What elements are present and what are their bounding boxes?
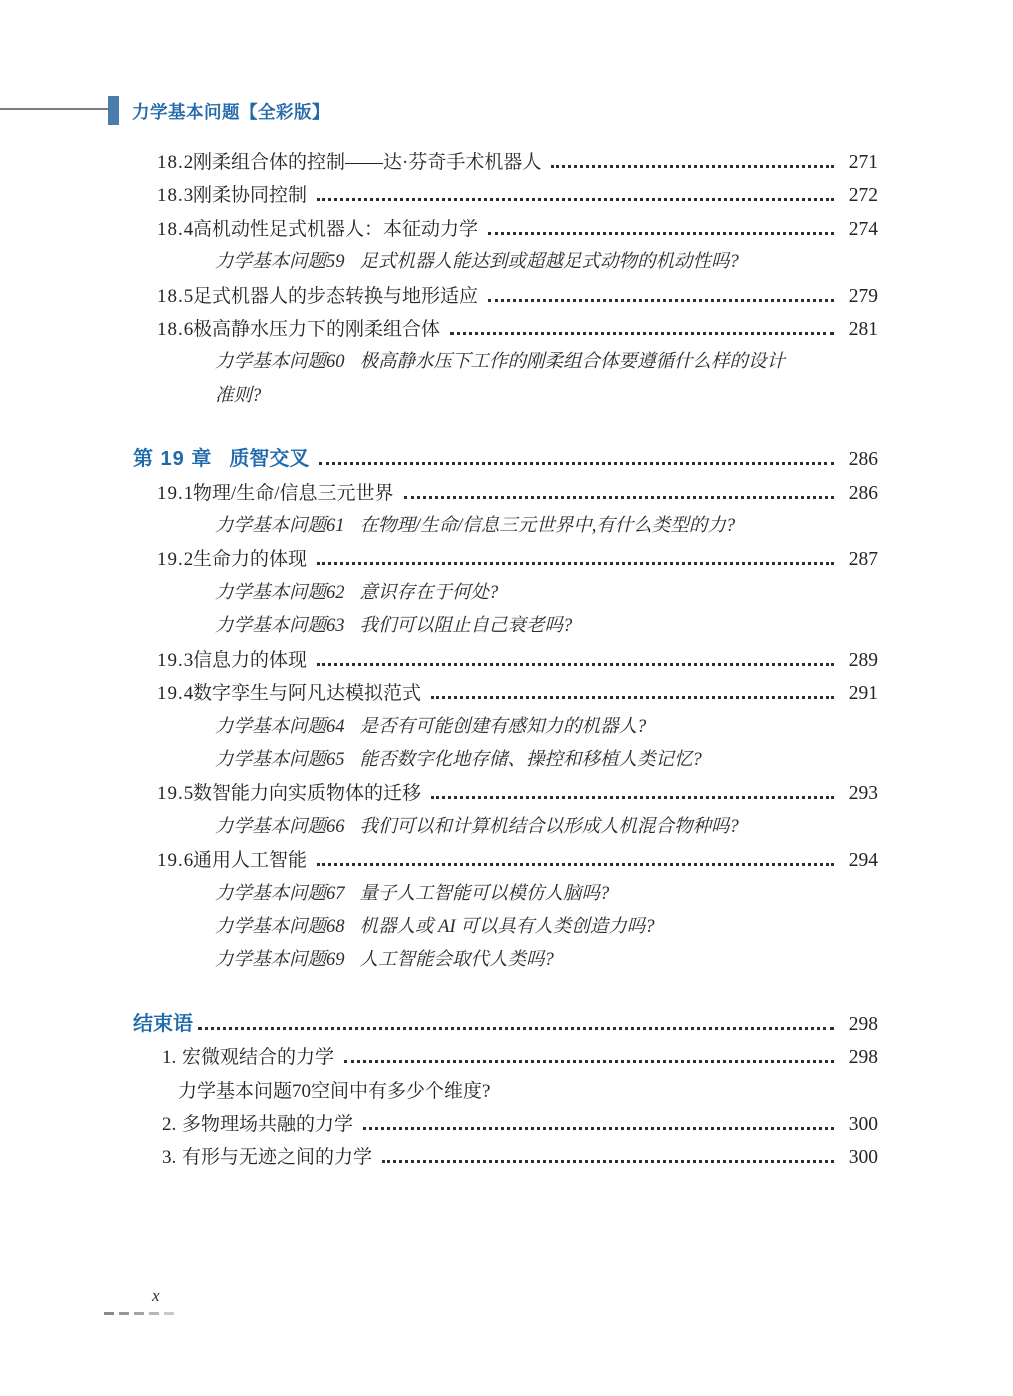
question-label: 力学基本问题63	[215, 610, 345, 643]
toc-row-section: 19.3信息力的体现289	[133, 644, 878, 677]
toc-entry-number: 19.4	[157, 677, 193, 710]
toc-row-numbered: 3.有形与无迹之间的力学300	[133, 1141, 878, 1174]
dot-leader	[551, 159, 834, 168]
toc-row-section: 19.6通用人工智能294	[133, 844, 878, 877]
question-text: 极高静水压下工作的刚柔组合体要遵循什么样的设计	[360, 346, 786, 379]
toc-entry-page: 279	[842, 280, 878, 313]
toc-row-endword: 结束语298	[133, 1008, 878, 1041]
toc-row-numbered: 1.宏微观结合的力学298	[133, 1041, 878, 1074]
toc-entry-title: 有形与无迹之间的力学	[182, 1141, 372, 1174]
toc-entry-title: 极高静水压力下的刚柔组合体	[193, 313, 440, 346]
toc-row-section: 18.2刚柔组合体的控制——达·芬奇手术机器人271	[133, 146, 878, 179]
toc-question-row: 力学基本问题69人工智能会取代人类吗?	[133, 944, 878, 977]
dot-leader	[319, 456, 834, 465]
toc-question-row: 力学基本问题66我们可以和计算机结合以形成人机混合物种吗?	[133, 811, 878, 844]
question-text: 是否有可能创建有感知力的机器人?	[360, 711, 647, 744]
toc-row-section: 18.3刚柔协同控制272	[133, 179, 878, 212]
dash-mark	[164, 1312, 174, 1315]
book-page: 力学基本问题【全彩版】 18.2刚柔组合体的控制——达·芬奇手术机器人27118…	[0, 0, 1013, 1396]
toc-entry-page: 300	[842, 1108, 878, 1141]
toc-entry-number: 19.1	[157, 477, 193, 510]
toc-row-section: 19.2生命力的体现287	[133, 543, 878, 576]
toc-entry-number: 第 19 章	[133, 443, 212, 476]
toc-entry-number: 19.3	[157, 644, 193, 677]
table-of-contents: 18.2刚柔组合体的控制——达·芬奇手术机器人27118.3刚柔协同控制2721…	[133, 146, 878, 1175]
question-text: 机器人或 AI 可以具有人类创造力吗?	[360, 911, 655, 944]
question-label: 力学基本问题65	[215, 744, 345, 777]
toc-entry-page: 291	[842, 677, 878, 710]
toc-entry-page: 286	[842, 443, 878, 476]
question-text: 量子人工智能可以模仿人脑吗?	[360, 878, 610, 911]
toc-entry-number: 19.6	[157, 844, 193, 877]
toc-entry-title: 物理/生命/信息三元世界	[193, 477, 394, 510]
dot-leader	[317, 857, 834, 866]
toc-entry-title: 结束语	[133, 1008, 193, 1041]
toc-entry-title: 高机动性足式机器人：本征动力学	[193, 213, 478, 246]
toc-question-row: 力学基本问题59足式机器人能达到或超越足式动物的机动性吗?	[133, 246, 878, 279]
question-label: 力学基本问题67	[215, 878, 345, 911]
toc-entry-title: 通用人工智能	[193, 844, 307, 877]
toc-entry-page: 281	[842, 313, 878, 346]
toc-question-row: 力学基本问题67量子人工智能可以模仿人脑吗?	[133, 878, 878, 911]
toc-row-section: 18.6极高静水压力下的刚柔组合体281	[133, 313, 878, 346]
dot-leader	[450, 326, 834, 335]
toc-row-chapter: 第 19 章质智交叉286	[133, 443, 878, 476]
toc-entry-title: 质智交叉	[229, 443, 309, 476]
toc-entry-title: 足式机器人的步态转换与地形适应	[193, 280, 478, 313]
toc-question-continuation: 准则?	[133, 380, 878, 413]
question-text: 我们可以和计算机结合以形成人机混合物种吗?	[360, 811, 739, 844]
dot-leader	[344, 1054, 834, 1063]
toc-entry-title: 信息力的体现	[193, 644, 307, 677]
toc-spacer	[133, 413, 878, 443]
toc-entry-number: 3.	[162, 1141, 178, 1174]
toc-entry-number: 18.3	[157, 179, 193, 212]
dot-leader	[431, 690, 834, 699]
question-label: 力学基本问题62	[215, 577, 345, 610]
toc-entry-page: 272	[842, 179, 878, 212]
toc-question-row: 力学基本问题60极高静水压下工作的刚柔组合体要遵循什么样的设计	[133, 346, 878, 379]
toc-entry-title: 宏微观结合的力学	[182, 1041, 334, 1074]
toc-question-row: 力学基本问题62意识存在于何处?	[133, 577, 878, 610]
question-label: 力学基本问题70	[178, 1075, 311, 1108]
question-text: 能否数字化地存储、操控和移植人类记忆?	[360, 744, 702, 777]
dash-mark	[134, 1312, 144, 1315]
toc-entry-page: 300	[842, 1141, 878, 1174]
question-text: 足式机器人能达到或超越足式动物的机动性吗?	[360, 246, 739, 279]
dot-leader	[431, 790, 834, 799]
toc-entry-number: 19.5	[157, 777, 193, 810]
toc-question-row: 力学基本问题68机器人或 AI 可以具有人类创造力吗?	[133, 911, 878, 944]
question-text: 意识存在于何处?	[360, 577, 499, 610]
toc-question-row: 力学基本问题64是否有可能创建有感知力的机器人?	[133, 711, 878, 744]
dot-leader	[363, 1121, 834, 1130]
dot-leader	[488, 293, 834, 302]
toc-entry-number: 18.4	[157, 213, 193, 246]
toc-entry-page: 294	[842, 844, 878, 877]
toc-question-row: 力学基本问题70空间中有多少个维度?	[133, 1075, 878, 1108]
running-head-book-title: 力学基本问题【全彩版】	[132, 99, 330, 124]
question-text: 空间中有多少个维度?	[311, 1075, 490, 1108]
dot-leader	[317, 657, 834, 666]
toc-row-section: 18.4高机动性足式机器人：本征动力学274	[133, 213, 878, 246]
dot-leader	[198, 1021, 834, 1030]
toc-entry-page: 293	[842, 777, 878, 810]
question-text: 我们可以阻止自己衰老吗?	[360, 610, 573, 643]
question-label: 力学基本问题66	[215, 811, 345, 844]
toc-entry-title: 数字孪生与阿凡达模拟范式	[193, 677, 421, 710]
toc-question-row: 力学基本问题65能否数字化地存储、操控和移植人类记忆?	[133, 744, 878, 777]
toc-entry-number: 18.2	[157, 146, 193, 179]
question-text: 在物理/生命/信息三元世界中,有什么类型的力?	[360, 510, 736, 543]
question-text-continued: 准则?	[215, 380, 261, 413]
toc-question-row: 力学基本问题61在物理/生命/信息三元世界中,有什么类型的力?	[133, 510, 878, 543]
toc-entry-page: 286	[842, 477, 878, 510]
toc-entry-page: 287	[842, 543, 878, 576]
question-label: 力学基本问题68	[215, 911, 345, 944]
toc-entry-page: 271	[842, 146, 878, 179]
toc-row-section: 19.1物理/生命/信息三元世界286	[133, 477, 878, 510]
dot-leader	[382, 1154, 834, 1163]
toc-entry-page: 298	[842, 1008, 878, 1041]
toc-entry-number: 18.6	[157, 313, 193, 346]
toc-entry-title: 刚柔协同控制	[193, 179, 307, 212]
toc-row-section: 18.5足式机器人的步态转换与地形适应279	[133, 280, 878, 313]
question-label: 力学基本问题60	[215, 346, 345, 379]
question-text: 人工智能会取代人类吗?	[360, 944, 554, 977]
toc-entry-number: 1.	[162, 1041, 178, 1074]
toc-entry-page: 298	[842, 1041, 878, 1074]
dot-leader	[488, 226, 834, 235]
toc-spacer	[133, 978, 878, 1008]
question-label: 力学基本问题64	[215, 711, 345, 744]
dash-mark	[104, 1312, 114, 1315]
toc-row-numbered: 2.多物理场共融的力学300	[133, 1108, 878, 1141]
question-label: 力学基本问题69	[215, 944, 345, 977]
toc-entry-title: 数智能力向实质物体的迁移	[193, 777, 421, 810]
toc-entry-page: 289	[842, 644, 878, 677]
header-rule-line	[0, 108, 108, 110]
toc-entry-title: 生命力的体现	[193, 543, 307, 576]
toc-entry-title: 多物理场共融的力学	[182, 1108, 353, 1141]
toc-question-row: 力学基本问题63我们可以阻止自己衰老吗?	[133, 610, 878, 643]
toc-row-section: 19.5数智能力向实质物体的迁移293	[133, 777, 878, 810]
toc-row-section: 19.4数字孪生与阿凡达模拟范式291	[133, 677, 878, 710]
question-label: 力学基本问题59	[215, 246, 345, 279]
dot-leader	[404, 490, 834, 499]
folio-page-number: x	[152, 1286, 160, 1306]
dot-leader	[317, 192, 834, 201]
toc-entry-number: 18.5	[157, 280, 193, 313]
dash-mark	[149, 1312, 159, 1315]
dash-mark	[119, 1312, 129, 1315]
footer-dash-marks	[104, 1312, 174, 1315]
toc-entry-page: 274	[842, 213, 878, 246]
toc-entry-number: 19.2	[157, 543, 193, 576]
header-accent-bar	[108, 96, 119, 125]
question-label: 力学基本问题61	[215, 510, 345, 543]
dot-leader	[317, 556, 834, 565]
toc-entry-number: 2.	[162, 1108, 178, 1141]
toc-entry-title: 刚柔组合体的控制——达·芬奇手术机器人	[193, 146, 541, 179]
